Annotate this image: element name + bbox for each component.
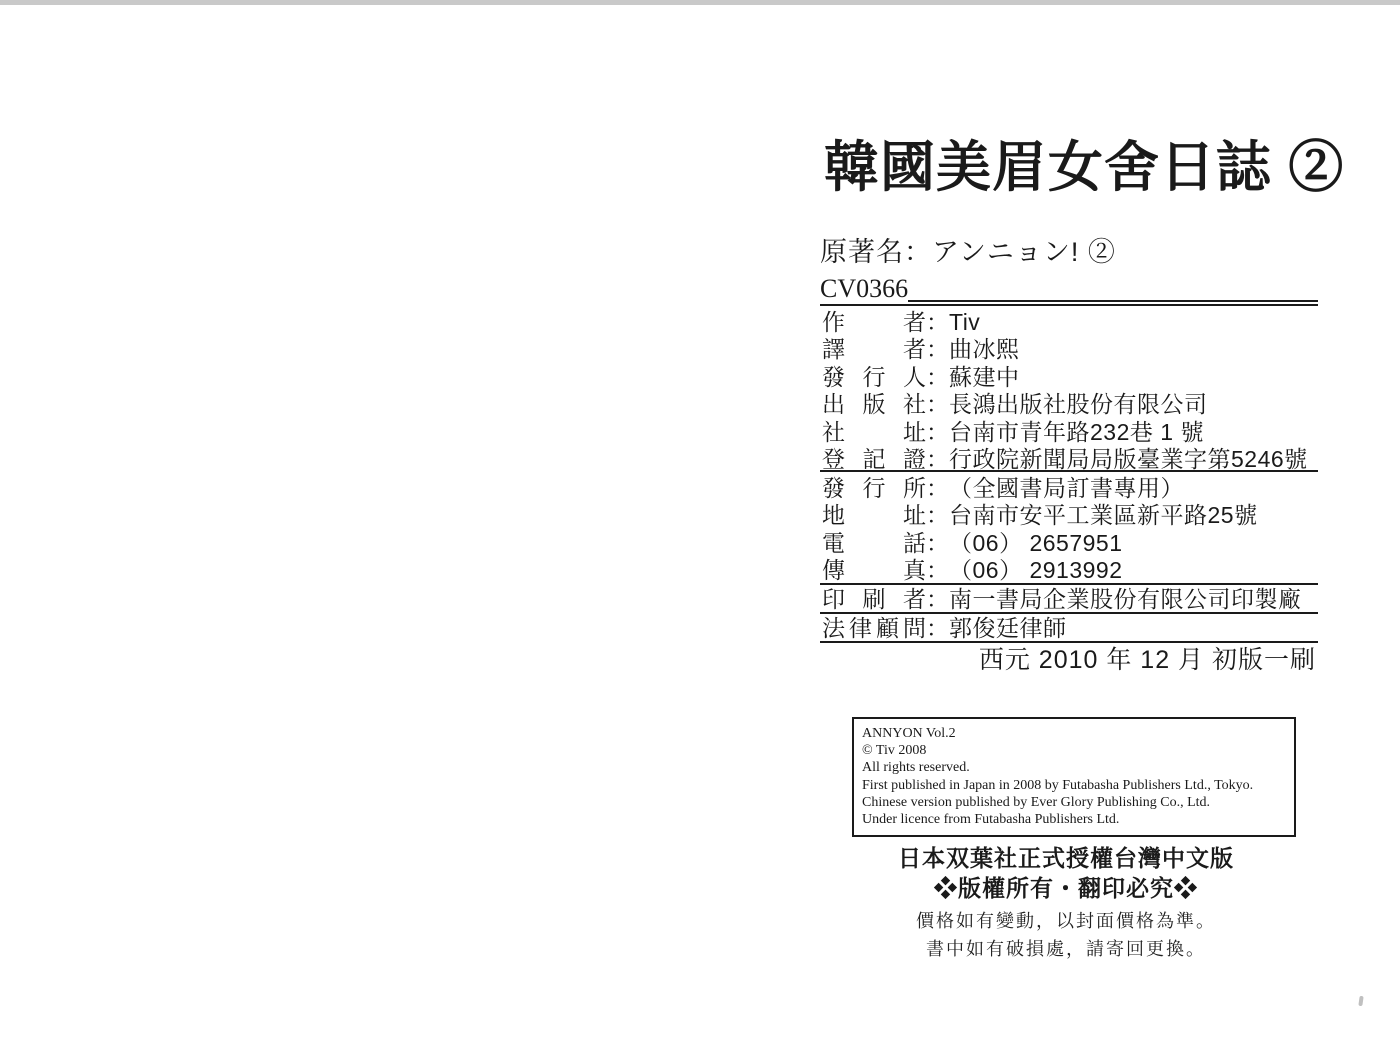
row-colon: ： xyxy=(926,419,949,446)
colophon-row-registration: 登記證：行政院新聞局局版臺業字第5246號 xyxy=(822,446,1318,473)
colophon-row-office-address: 社址：台南市青年路232巷 1 號 xyxy=(822,419,1318,446)
copyright-line-author: © Tiv 2008 xyxy=(862,742,1286,759)
scan-edge-bar xyxy=(0,0,1400,5)
edition-date-line: 西元 2010 年 12 月 初版一刷 xyxy=(820,645,1316,675)
row-value: 南一書局企業股份有限公司印製廠 xyxy=(949,586,1302,613)
row-colon: ： xyxy=(926,475,949,502)
damage-replacement-note: 書中如有破損處，請寄回更換。 xyxy=(820,935,1312,963)
copyright-box: ANNYON Vol.2 © Tiv 2008 All rights reser… xyxy=(852,717,1296,837)
original-title-line: 原著名：アンニョン! ② xyxy=(820,236,1116,268)
scan-speck xyxy=(1358,996,1363,1006)
row-label: 登記證 xyxy=(822,446,926,473)
row-value: 行政院新聞局局版臺業字第5246號 xyxy=(949,446,1308,473)
all-rights-reserved-line: ❖版權所有・翻印必究❖ xyxy=(820,873,1312,903)
colophon-group-legal: 法律顧問：郭俊廷律師 xyxy=(822,615,1318,642)
row-colon: ： xyxy=(926,502,949,529)
colophon-page: 韓國美眉女舍日誌 ② 原著名：アンニョン! ② CV0366 作者：Tiv 譯者… xyxy=(0,0,1400,1037)
book-code: CV0366 xyxy=(820,276,908,302)
row-value: （06） 2913992 xyxy=(949,557,1123,584)
row-label: 發行人 xyxy=(822,364,926,391)
rule-top-of-colophon xyxy=(820,304,1318,306)
row-label: 出版社 xyxy=(822,391,926,418)
copyright-line-chinese-version: Chinese version published by Ever Glory … xyxy=(862,794,1286,811)
colophon-row-distributor: 發行所：（全國書局訂書專用） xyxy=(822,475,1318,502)
row-value: 郭俊廷律師 xyxy=(949,615,1067,642)
row-value: 台南市安平工業區新平路25號 xyxy=(949,502,1258,529)
colophon-row-translator: 譯者：曲冰熙 xyxy=(822,336,1318,363)
row-label: 作者 xyxy=(822,309,926,336)
row-colon: ： xyxy=(926,391,949,418)
row-colon: ： xyxy=(926,586,949,613)
copyright-line-first-published: First published in Japan in 2008 by Futa… xyxy=(862,777,1286,794)
row-value: 曲冰熙 xyxy=(949,336,1020,363)
row-label: 法律顧問 xyxy=(822,615,926,642)
row-label: 地址 xyxy=(822,502,926,529)
colophon-group-distribution: 發行所：（全國書局訂書專用） 地址：台南市安平工業區新平路25號 電話：（06）… xyxy=(822,475,1318,585)
colophon-group-printer: 印刷者：南一書局企業股份有限公司印製廠 xyxy=(822,586,1318,613)
row-value: 蘇建中 xyxy=(949,364,1020,391)
colophon-row-printer: 印刷者：南一書局企業股份有限公司印製廠 xyxy=(822,586,1318,613)
row-value: （06） 2657951 xyxy=(949,530,1123,557)
row-value: （全國書局訂書專用） xyxy=(949,475,1184,502)
colophon-row-publisher: 出版社：長鴻出版社股份有限公司 xyxy=(822,391,1318,418)
footer-notes: 日本双葉社正式授權台灣中文版 ❖版權所有・翻印必究❖ 價格如有變動，以封面價格為… xyxy=(820,843,1312,963)
row-label: 傳真 xyxy=(822,557,926,584)
row-label: 社址 xyxy=(822,419,926,446)
colophon-row-fax: 傳真：（06） 2913992 xyxy=(822,557,1318,584)
price-change-note: 價格如有變動，以封面價格為準。 xyxy=(820,907,1312,935)
colophon-row-issuer: 發行人：蘇建中 xyxy=(822,364,1318,391)
copyright-line-rights: All rights reserved. xyxy=(862,759,1286,776)
row-colon: ： xyxy=(926,364,949,391)
copyright-line-series: ANNYON Vol.2 xyxy=(862,725,1286,742)
row-colon: ： xyxy=(926,336,949,363)
taiwan-license-line: 日本双葉社正式授權台灣中文版 xyxy=(820,843,1312,873)
colophon-row-phone: 電話：（06） 2657951 xyxy=(822,530,1318,557)
row-label: 印刷者 xyxy=(822,586,926,613)
colophon-row-legal-advisor: 法律顧問：郭俊廷律師 xyxy=(822,615,1318,642)
row-value: 台南市青年路232巷 1 號 xyxy=(949,419,1204,446)
row-colon: ： xyxy=(926,309,949,336)
rule-under-book-code xyxy=(908,300,1318,302)
row-colon: ： xyxy=(926,615,949,642)
row-label: 電話 xyxy=(822,530,926,557)
row-label: 譯者 xyxy=(822,336,926,363)
colophon-group-publisher: 作者：Tiv 譯者：曲冰熙 發行人：蘇建中 出版社：長鴻出版社股份有限公司 社址… xyxy=(822,309,1318,473)
row-value: 長鴻出版社股份有限公司 xyxy=(949,391,1208,418)
row-colon: ： xyxy=(926,557,949,584)
copyright-line-licence: Under licence from Futabasha Publishers … xyxy=(862,811,1286,828)
row-colon: ： xyxy=(926,446,949,473)
row-label: 發行所 xyxy=(822,475,926,502)
row-value: Tiv xyxy=(949,309,980,336)
row-colon: ： xyxy=(926,530,949,557)
colophon-row-address: 地址：台南市安平工業區新平路25號 xyxy=(822,502,1318,529)
colophon-row-author: 作者：Tiv xyxy=(822,309,1318,336)
book-title: 韓國美眉女舍日誌 ② xyxy=(824,136,1344,199)
